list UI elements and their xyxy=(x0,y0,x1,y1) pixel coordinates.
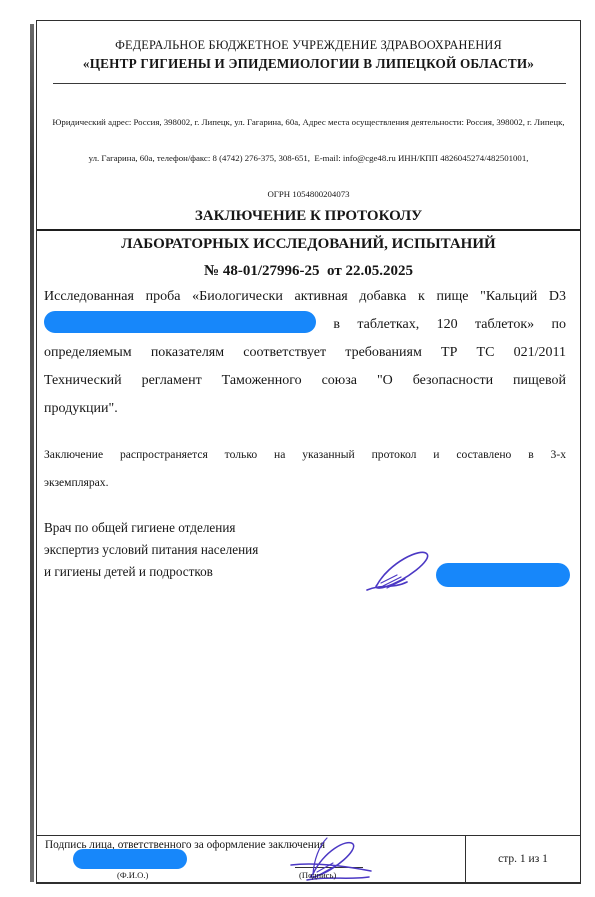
signatory-role-line-1: Врач по общей гигиене отделения xyxy=(44,517,258,539)
paragraph-line: экземплярах. xyxy=(44,469,566,497)
page-counter: стр. 1 из 1 xyxy=(498,853,548,865)
redaction-bar xyxy=(44,311,316,333)
title-line-1: ЗАКЛЮЧЕНИЕ К ПРОТОКОЛУ xyxy=(37,203,580,231)
document-title: ЗАКЛЮЧЕНИЕ К ПРОТОКОЛУ ЛАБОРАТОРНЫХ ИССЛ… xyxy=(37,203,580,286)
paragraph-line: Заключение распространяется только на ук… xyxy=(44,441,566,469)
title-line-2: ЛАБОРАТОРНЫХ ИССЛЕДОВАНИЙ, ИСПЫТАНИЙ xyxy=(37,231,580,259)
header-divider xyxy=(53,83,566,84)
signatory-role: Врач по общей гигиене отделения эксперти… xyxy=(44,517,258,583)
paragraph-line: продукции". xyxy=(44,395,566,423)
signature-main xyxy=(363,545,448,593)
org-name-line2: «ЦЕНТР ГИГИЕНЫ И ЭПИДЕМИОЛОГИИ В ЛИПЕЦКО… xyxy=(37,56,580,72)
paragraph-line: определяемым показателям соответствует т… xyxy=(44,339,566,367)
paragraph-line: Исследованная проба «Биологически активн… xyxy=(44,283,566,311)
paragraph-line: Технический регламент Таможенного союза … xyxy=(44,367,566,395)
footer-left-cell: Подпись лица, ответственного за оформлен… xyxy=(37,836,466,882)
footer-page-counter-cell: стр. 1 из 1 xyxy=(465,836,580,882)
protocol-number: № 48-01/27996-25 от 22.05.2025 xyxy=(37,258,580,286)
redaction-bar-footer xyxy=(73,849,187,869)
redaction-bar-signatory xyxy=(436,563,570,587)
scan-edge-shadow xyxy=(30,24,34,882)
paragraph-line: в таблетках, 120 таблеток» по xyxy=(44,311,566,339)
signatory-role-line-2: экспертиз условий питания населения xyxy=(44,539,258,561)
org-name-line1: ФЕДЕРАЛЬНОЕ БЮДЖЕТНОЕ УЧРЕЖДЕНИЕ ЗДРАВОО… xyxy=(37,38,580,53)
scanned-document: ФЕДЕРАЛЬНОЕ БЮДЖЕТНОЕ УЧРЕЖДЕНИЕ ЗДРАВОО… xyxy=(0,0,595,897)
signatory-role-line-3: и гигиены детей и подростков xyxy=(44,561,258,583)
document-page: ФЕДЕРАЛЬНОЕ БЮДЖЕТНОЕ УЧРЕЖДЕНИЕ ЗДРАВОО… xyxy=(36,20,581,884)
footer-table: Подпись лица, ответственного за оформлен… xyxy=(37,835,580,882)
paragraph-line-text: в таблетках, 120 таблеток» по xyxy=(333,317,566,332)
address-line-3: ОГРН 1054800204073 xyxy=(37,188,580,200)
scope-paragraph: Заключение распространяется только на ук… xyxy=(44,441,566,497)
address-line-2: ул. Гагарина, 60а, телефон/факс: 8 (4742… xyxy=(37,152,580,164)
org-header: ФЕДЕРАЛЬНОЕ БЮДЖЕТНОЕ УЧРЕЖДЕНИЕ ЗДРАВОО… xyxy=(37,38,580,72)
address-line-1: Юридический адрес: Россия, 398002, г. Ли… xyxy=(37,116,580,128)
fio-caption: (Ф.И.О.) xyxy=(117,870,148,880)
conclusion-paragraph: Исследованная проба «Биологически активн… xyxy=(44,283,566,423)
signature-caption: (Подпись) xyxy=(299,870,336,880)
